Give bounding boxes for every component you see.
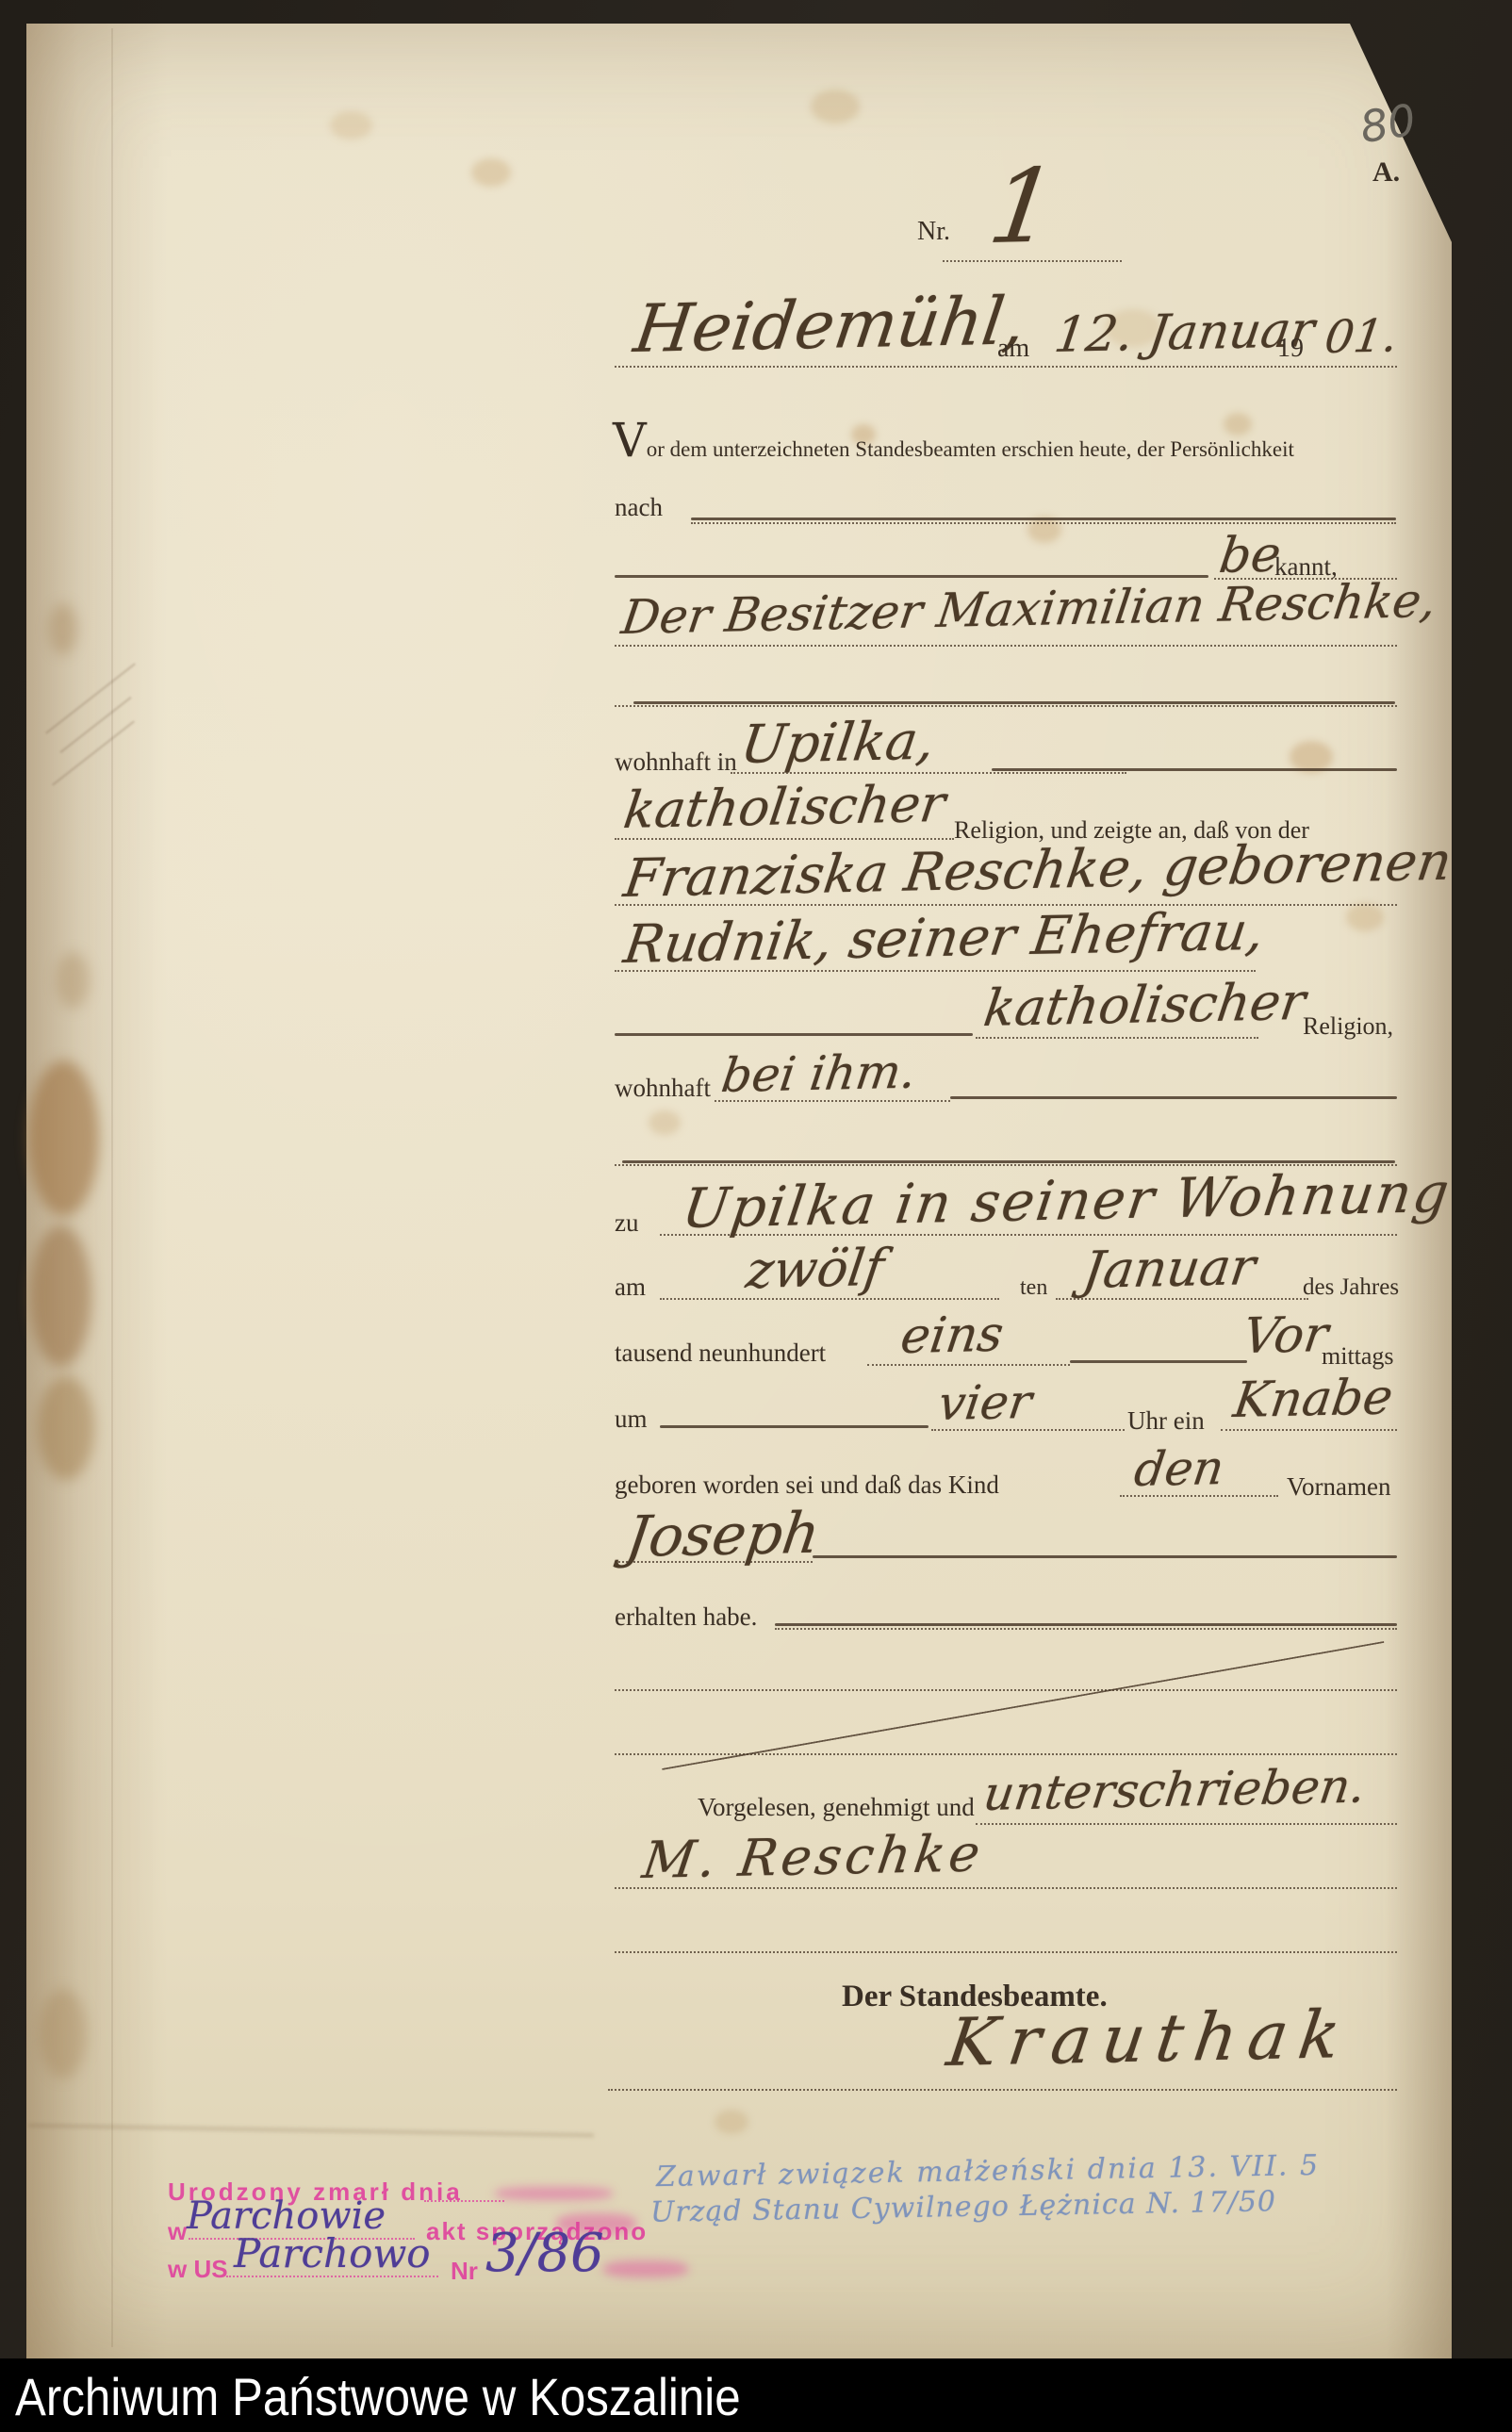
binding-stain bbox=[49, 603, 77, 655]
form-rule bbox=[615, 645, 1397, 647]
religion-2-label: Religion, bbox=[1303, 1012, 1393, 1041]
nr-label: Nr. bbox=[917, 217, 950, 247]
year-printed: 19 bbox=[1277, 334, 1304, 364]
vertical-crease bbox=[111, 28, 113, 2347]
uhr-ein-label: Uhr ein bbox=[1127, 1406, 1205, 1436]
form-rule bbox=[660, 1298, 999, 1300]
archive-watermark-text: Archiwum Państwowe w Koszalinie bbox=[15, 2366, 741, 2427]
form-rule bbox=[615, 1689, 1397, 1691]
form-rule bbox=[976, 1823, 1397, 1825]
fox-spot bbox=[811, 90, 860, 123]
am-label: am bbox=[997, 334, 1029, 364]
vor-handwritten: Vor bbox=[1240, 1306, 1331, 1365]
archive-watermark-bar: Archiwum Państwowe w Koszalinie bbox=[0, 2358, 1512, 2432]
fox-spot bbox=[1027, 517, 1061, 543]
birth-day-handwritten: zwölf bbox=[743, 1238, 888, 1300]
mittags-label: mittags bbox=[1322, 1342, 1394, 1371]
place-handwritten: Heidemühl, bbox=[630, 282, 1030, 368]
ink-stroke bbox=[1070, 1360, 1247, 1363]
den-handwritten: den bbox=[1131, 1440, 1227, 1497]
fox-spot bbox=[715, 2110, 748, 2134]
stamp-w-label: w bbox=[168, 2217, 187, 2246]
fox-spot bbox=[471, 158, 511, 187]
erhalten-label: erhalten habe. bbox=[615, 1602, 757, 1632]
ink-stroke bbox=[622, 1160, 1395, 1163]
ink-stroke bbox=[813, 1555, 1397, 1558]
fox-spot bbox=[649, 1110, 681, 1135]
unterschrieben-handwritten: unterschrieben. bbox=[980, 1759, 1369, 1821]
bei-ihm-handwritten: bei ihm. bbox=[718, 1044, 920, 1103]
year-word-handwritten: eins bbox=[897, 1306, 1007, 1365]
um-label: um bbox=[615, 1405, 648, 1434]
binding-stain bbox=[30, 1225, 91, 1367]
year-handwritten: 01. bbox=[1322, 309, 1401, 364]
form-rule bbox=[615, 366, 1397, 368]
binding-stain bbox=[57, 952, 90, 1009]
form-rule bbox=[615, 705, 1397, 707]
child-sex-handwritten: Knabe bbox=[1230, 1370, 1396, 1429]
ink-stroke bbox=[775, 1623, 1397, 1626]
residence-handwritten: Upilka, bbox=[737, 711, 939, 776]
stamp-smear bbox=[603, 2260, 688, 2277]
fox-spot bbox=[330, 111, 372, 140]
form-rule bbox=[1221, 1429, 1397, 1431]
geboren-label: geboren worden sei und daß das Kind bbox=[615, 1471, 999, 1500]
intro-line: Vor dem unterzeichneten Standesbeamten e… bbox=[613, 413, 1294, 468]
form-rule bbox=[691, 522, 1396, 524]
ink-stroke bbox=[950, 1096, 1397, 1099]
stamp-smear bbox=[495, 2187, 613, 2200]
ink-stroke bbox=[615, 575, 1208, 578]
vorgelesen-label: Vorgelesen, genehmigt und bbox=[698, 1793, 975, 1822]
vornamen-label: Vornamen bbox=[1287, 1472, 1390, 1502]
form-rule bbox=[615, 1951, 1397, 1953]
binding-stain bbox=[40, 1989, 87, 2079]
stamp-rule bbox=[424, 2200, 504, 2202]
religion-2-handwritten: katholischer bbox=[980, 972, 1309, 1038]
am-2-label: am bbox=[615, 1273, 646, 1302]
stamp-nr-label: Nr bbox=[451, 2257, 478, 2286]
stamp-place-2-handwritten: Parchowo bbox=[234, 2230, 431, 2276]
form-rule bbox=[775, 1628, 1397, 1630]
ink-stroke bbox=[615, 1033, 973, 1036]
registrar-signature: Krauthak bbox=[943, 1996, 1356, 2081]
stamp-act-number-handwritten: 3/86 bbox=[485, 2223, 604, 2284]
wohnhaft-label: wohnhaft bbox=[615, 1074, 711, 1103]
ink-stroke bbox=[992, 768, 1397, 771]
binding-stain bbox=[38, 1376, 94, 1480]
ink-stroke bbox=[691, 518, 1396, 520]
hour-handwritten: vier bbox=[935, 1374, 1035, 1431]
wohnhaft-in-label: wohnhaft in bbox=[615, 748, 737, 777]
document-scan: 80 A. Nr. 1 Heidemühl, am 12. Januar 19 … bbox=[0, 0, 1512, 2432]
form-rule bbox=[608, 2089, 1397, 2091]
birth-month-handwritten: Januar bbox=[1079, 1237, 1259, 1300]
nach-label: nach bbox=[615, 493, 663, 522]
religion-1-handwritten: katholischer bbox=[620, 774, 949, 840]
ink-stroke bbox=[660, 1425, 929, 1428]
zu-label: zu bbox=[615, 1208, 638, 1238]
des-jahres-label: des Jahres bbox=[1303, 1274, 1399, 1301]
fox-spot bbox=[1346, 903, 1384, 931]
binding-stain bbox=[28, 1060, 99, 1216]
page-number-pencil: 80 bbox=[1356, 94, 1419, 153]
stamp-w-us-label: w US bbox=[168, 2255, 228, 2284]
first-name-handwritten: Joseph bbox=[622, 1501, 824, 1570]
form-rule bbox=[976, 1037, 1258, 1039]
form-letter-a: A. bbox=[1372, 156, 1400, 189]
ink-stroke bbox=[633, 701, 1395, 704]
declarant-signature: M. Reschke bbox=[639, 1823, 987, 1890]
tausend-label: tausend neunhundert bbox=[615, 1339, 826, 1368]
stamp-rule bbox=[226, 2276, 438, 2277]
ten-label: ten bbox=[1020, 1275, 1047, 1301]
